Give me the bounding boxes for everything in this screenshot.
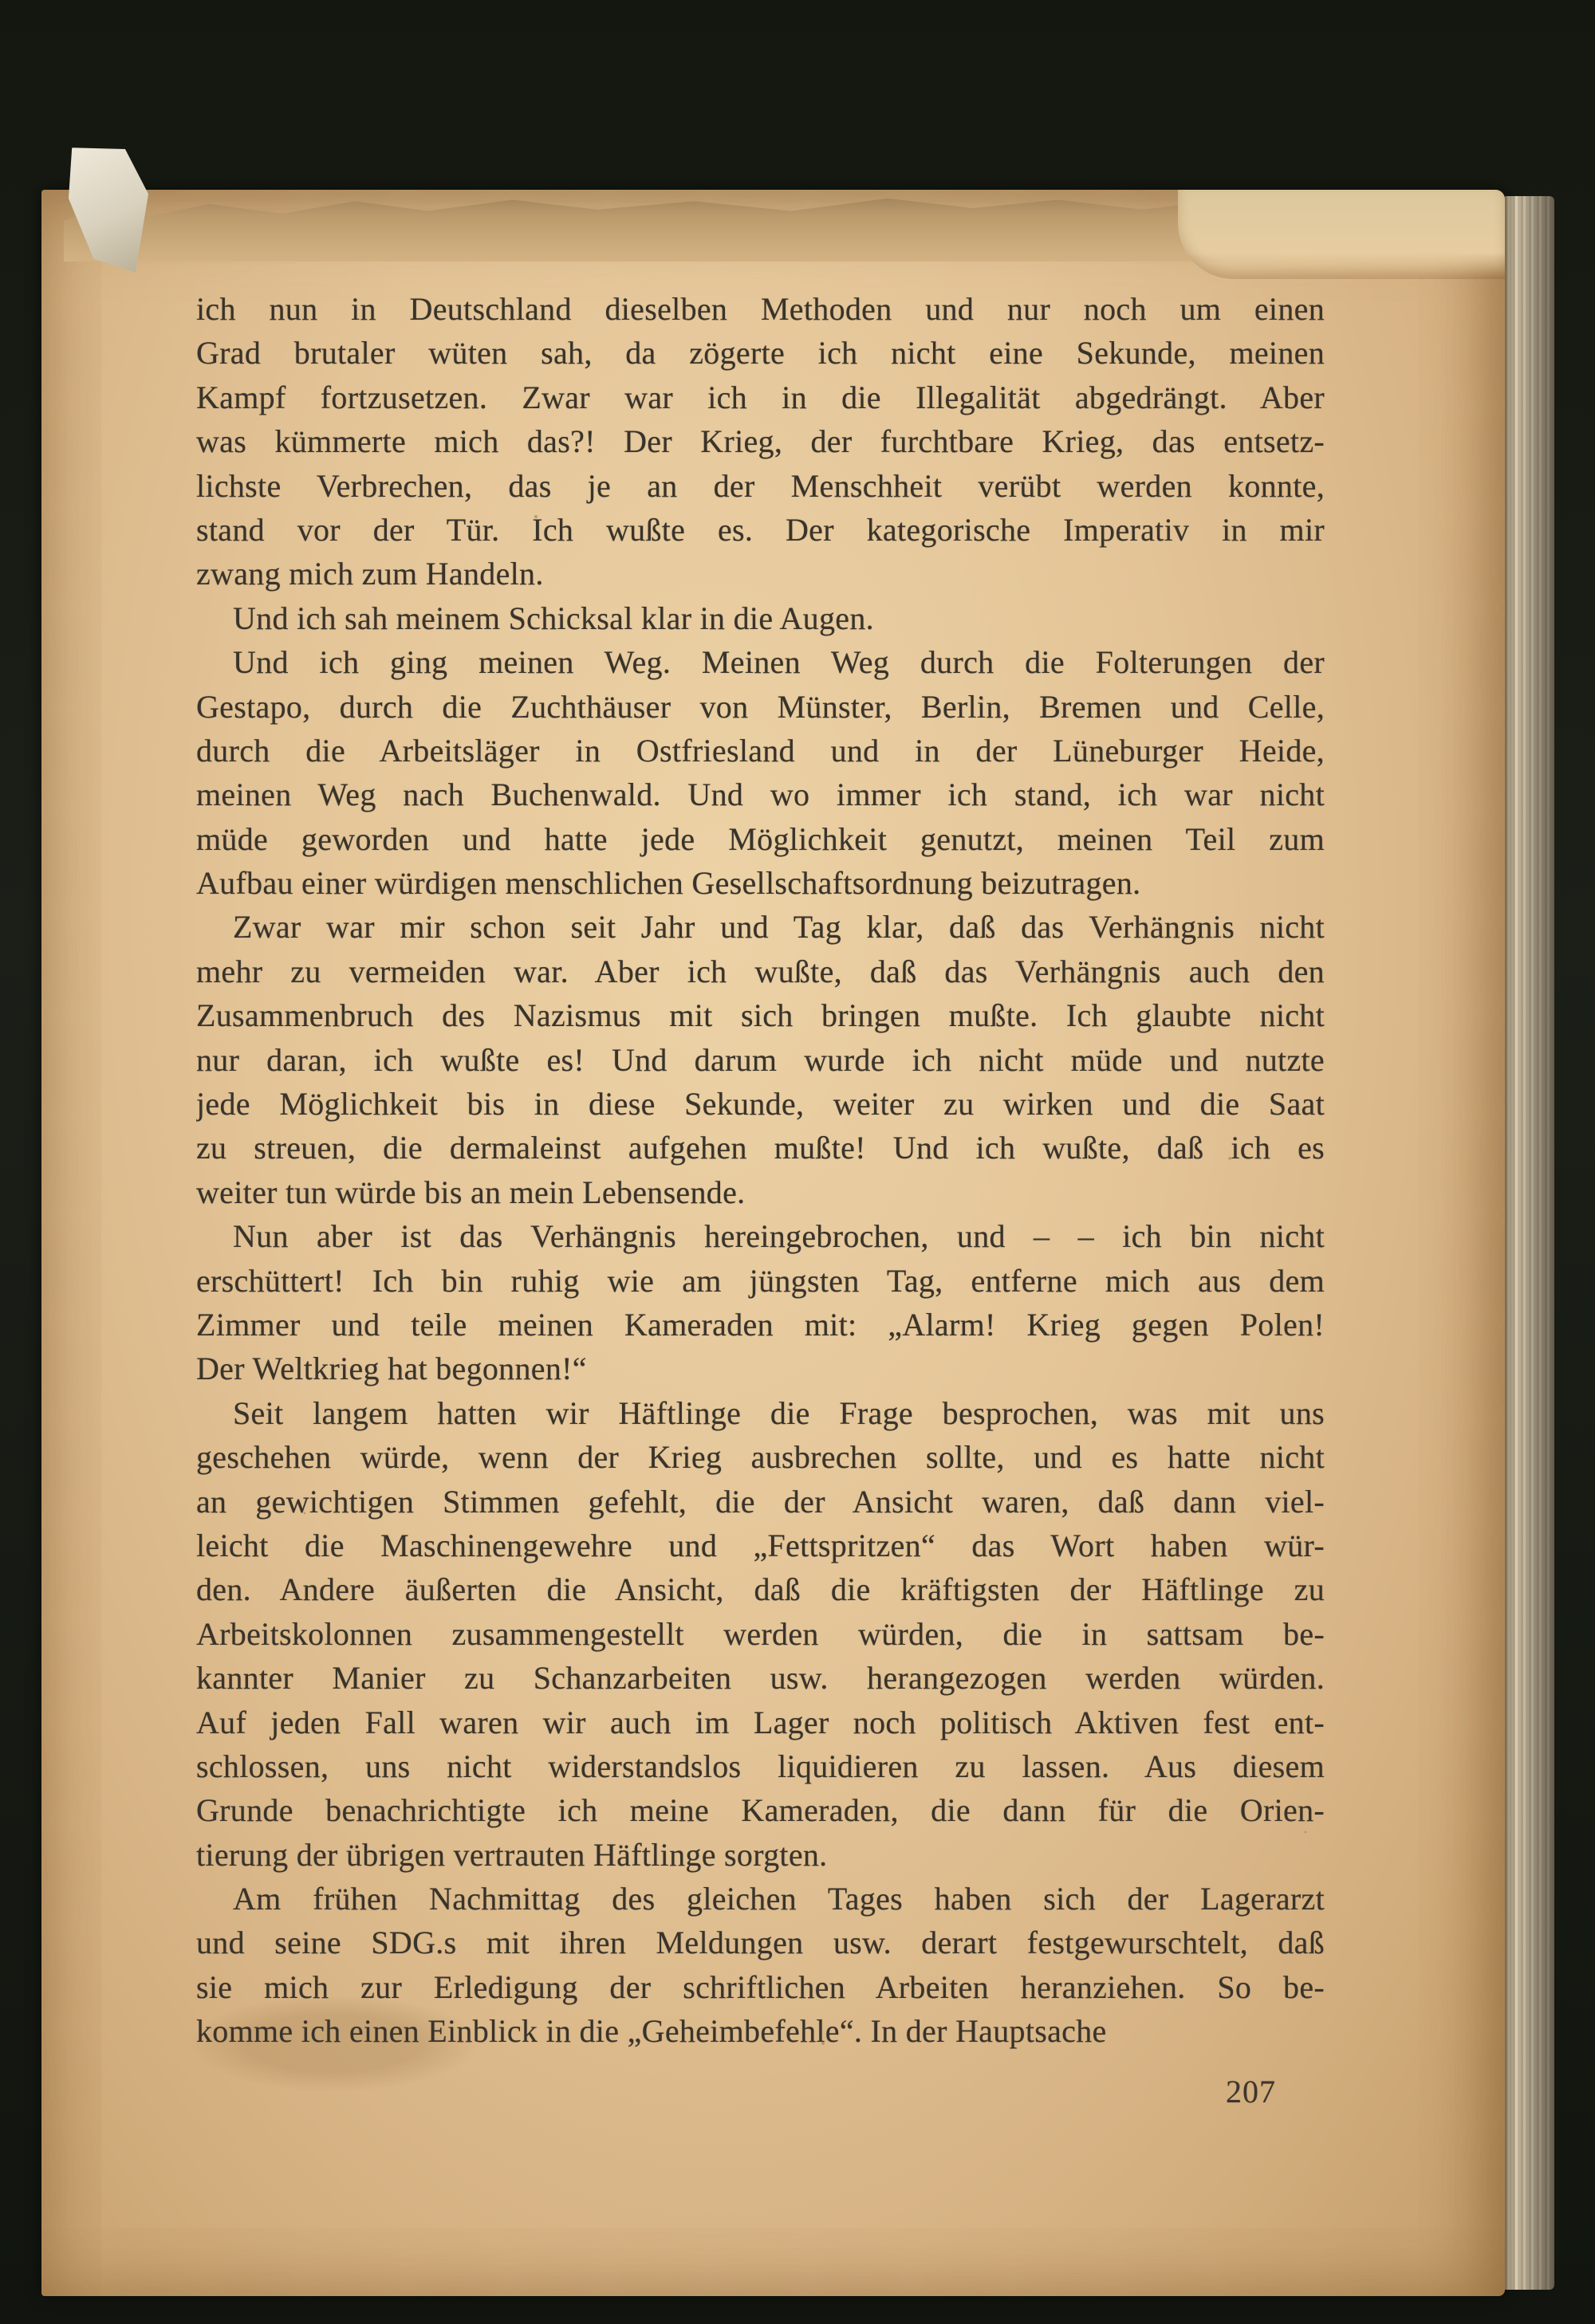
text-line: zu streuen, die dermaleinst aufgehen muß… bbox=[196, 1126, 1325, 1170]
text-line: Zwar war mir schon seit Jahr und Tag kla… bbox=[196, 905, 1325, 949]
text-line: sie mich zur Erledigung der schriftliche… bbox=[196, 1965, 1325, 2009]
text-line: Arbeitskolonnen zusammengestellt werden … bbox=[196, 1612, 1325, 1656]
text-line: Kampf fortzusetzen. Zwar war ich in die … bbox=[196, 376, 1325, 419]
text-line: Und ich ging meinen Weg. Meinen Weg durc… bbox=[196, 640, 1325, 684]
text-line: erschüttert! Ich bin ruhig wie am jüngst… bbox=[196, 1259, 1325, 1303]
text-line: und seine SDG.s mit ihren Meldungen usw.… bbox=[196, 1921, 1325, 1964]
text-line: stand vor der Tür. Ich wußte es. Der kat… bbox=[196, 508, 1325, 552]
text-line: Und ich sah meinem Schicksal klar in die… bbox=[196, 596, 1325, 640]
text-line: weiter tun würde bis an mein Lebensende. bbox=[196, 1170, 1325, 1214]
text-line: komme ich einen Einblick in die „Geheimb… bbox=[196, 2009, 1325, 2053]
text-line: kannter Manier zu Schanzarbeiten usw. he… bbox=[196, 1656, 1325, 1700]
book-page: ich nun in Deutschland dieselben Methode… bbox=[41, 190, 1505, 2296]
text-line: schlossen, uns nicht widerstandslos liqu… bbox=[196, 1744, 1325, 1788]
text-line: Grad brutaler wüten sah, da zögerte ich … bbox=[196, 331, 1325, 375]
page-number: 207 bbox=[1226, 2073, 1276, 2110]
text-line: Am frühen Nachmittag des gleichen Tages … bbox=[196, 1877, 1325, 1921]
text-line: zwang mich zum Handeln. bbox=[196, 552, 1325, 596]
page-text-block: ich nun in Deutschland dieselben Methode… bbox=[196, 287, 1325, 2054]
text-line: Der Weltkrieg hat begonnen!“ bbox=[196, 1347, 1325, 1390]
text-line: geschehen würde, wenn der Krieg ausbrech… bbox=[196, 1435, 1325, 1479]
page-corner-curl bbox=[1178, 190, 1505, 279]
page-deckle-top-edge bbox=[64, 191, 1276, 261]
book-fore-edge bbox=[1505, 196, 1554, 2290]
text-line: Nun aber ist das Verhängnis hereingebroc… bbox=[196, 1214, 1325, 1258]
text-line: Aufbau einer würdigen menschlichen Gesel… bbox=[196, 861, 1325, 905]
text-line: durch die Arbeitsläger in Ostfriesland u… bbox=[196, 729, 1325, 773]
text-line: Zusammenbruch des Nazismus mit sich brin… bbox=[196, 993, 1325, 1037]
text-line: ich nun in Deutschland dieselben Methode… bbox=[196, 287, 1325, 331]
text-line: meinen Weg nach Buchenwald. Und wo immer… bbox=[196, 773, 1325, 816]
text-line: an gewichtigen Stimmen gefehlt, die der … bbox=[196, 1480, 1325, 1524]
text-line: jede Möglichkeit bis in diese Sekunde, w… bbox=[196, 1082, 1325, 1126]
text-line: Gestapo, durch die Zuchthäuser von Münst… bbox=[196, 685, 1325, 729]
text-line: nur daran, ich wußte es! Und darum wurde… bbox=[196, 1038, 1325, 1082]
text-line: was kümmerte mich das?! Der Krieg, der f… bbox=[196, 419, 1325, 463]
text-line: tierung der übrigen vertrauten Häftlinge… bbox=[196, 1833, 1325, 1877]
text-line: Grunde benachrichtigte ich meine Kamerad… bbox=[196, 1788, 1325, 1832]
text-line: müde geworden und hatte jede Möglichkeit… bbox=[196, 817, 1325, 861]
text-line: leicht die Maschinengewehre und „Fettspr… bbox=[196, 1524, 1325, 1567]
text-line: Zimmer und teile meinen Kameraden mit: „… bbox=[196, 1303, 1325, 1347]
text-line: den. Andere äußerten die Ansicht, daß di… bbox=[196, 1567, 1325, 1611]
text-line: Auf jeden Fall waren wir auch im Lager n… bbox=[196, 1701, 1325, 1744]
text-line: lichste Verbrechen, das je an der Mensch… bbox=[196, 464, 1325, 508]
text-line: mehr zu vermeiden war. Aber ich wußte, d… bbox=[196, 950, 1325, 993]
text-line: Seit langem hatten wir Häftlinge die Fra… bbox=[196, 1391, 1325, 1435]
